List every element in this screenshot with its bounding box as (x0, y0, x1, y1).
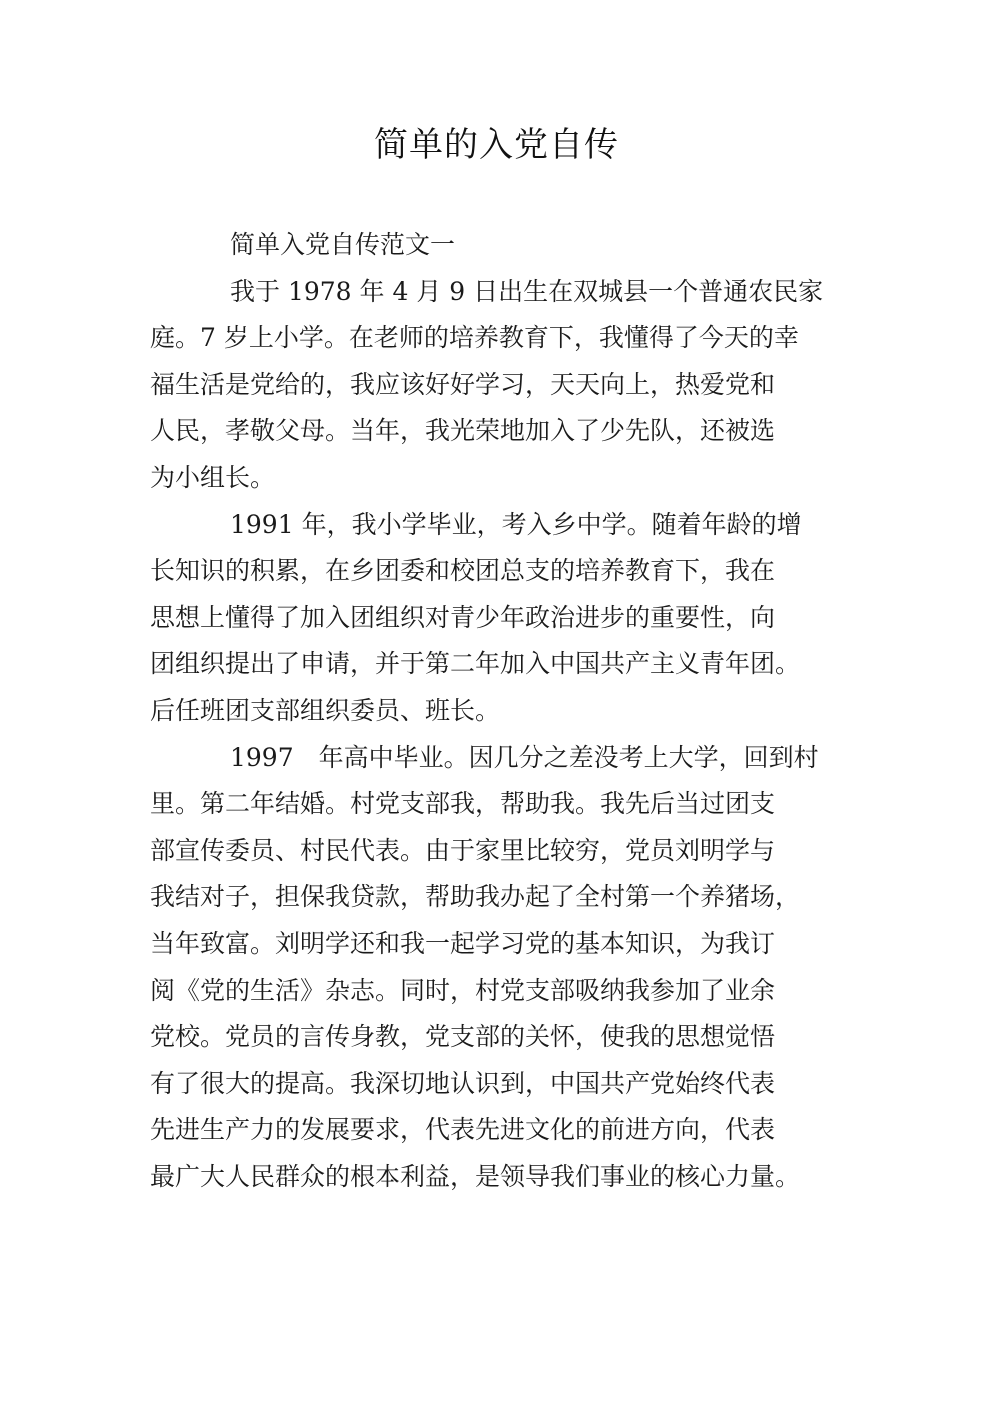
paragraph-line: 人民，孝敬父母。当年，我光荣地加入了少先队，还被选 (150, 408, 850, 455)
paragraph-line: 当年致富。刘明学还和我一起学习党的基本知识，为我订 (150, 921, 850, 968)
paragraph-line: 1997 年高中毕业。因几分之差没考上大学，回到村 (150, 735, 850, 782)
paragraph-line: 阅《党的生活》杂志。同时，村党支部吸纳我参加了业余 (150, 968, 850, 1015)
section-heading: 简单入党自传范文一 (150, 222, 850, 269)
paragraph-line: 部宣传委员、村民代表。由于家里比较穷，党员刘明学与 (150, 828, 850, 875)
paragraph-line: 福生活是党给的，我应该好好学习，天天向上，热爱党和 (150, 362, 850, 409)
paragraph-line: 1991 年，我小学毕业，考入乡中学。随着年龄的增 (150, 502, 850, 549)
paragraph-line: 长知识的积累，在乡团委和校团总支的培养教育下，我在 (150, 548, 850, 595)
paragraph-line: 先进生产力的发展要求，代表先进文化的前进方向，代表 (150, 1107, 850, 1154)
paragraph-2: 1991 年，我小学毕业，考入乡中学。随着年龄的增 长知识的积累，在乡团委和校团… (150, 502, 850, 735)
paragraph-line: 团组织提出了申请，并于第二年加入中国共产主义青年团。 (150, 641, 850, 688)
paragraph-line: 我于 1978 年 4 月 9 日出生在双城县一个普通农民家 (150, 269, 850, 316)
paragraph-1: 我于 1978 年 4 月 9 日出生在双城县一个普通农民家 庭。7 岁上小学。… (150, 269, 850, 502)
paragraph-line: 我结对子，担保我贷款，帮助我办起了全村第一个养猪场， (150, 874, 850, 921)
paragraph-line: 最广大人民群众的根本利益，是领导我们事业的核心力量。 (150, 1154, 850, 1201)
document-body: 简单入党自传范文一 我于 1978 年 4 月 9 日出生在双城县一个普通农民家… (150, 222, 850, 1200)
paragraph-3: 1997 年高中毕业。因几分之差没考上大学，回到村 里。第二年结婚。村党支部我，… (150, 735, 850, 1201)
paragraph-line: 里。第二年结婚。村党支部我，帮助我。我先后当过团支 (150, 781, 850, 828)
paragraph-line: 为小组长。 (150, 455, 850, 502)
paragraph-line: 思想上懂得了加入团组织对青少年政治进步的重要性，向 (150, 595, 850, 642)
paragraph-line: 党校。党员的言传身教，党支部的关怀，使我的思想觉悟 (150, 1014, 850, 1061)
paragraph-line: 有了很大的提高。我深切地认识到，中国共产党始终代表 (150, 1061, 850, 1108)
document-page: 简单的入党自传 简单入党自传范文一 我于 1978 年 4 月 9 日出生在双城… (0, 0, 993, 1404)
paragraph-line: 后任班团支部组织委员、班长。 (150, 688, 850, 735)
paragraph-line: 庭。7 岁上小学。在老师的培养教育下，我懂得了今天的幸 (150, 315, 850, 362)
page-title: 简单的入党自传 (0, 120, 993, 170)
